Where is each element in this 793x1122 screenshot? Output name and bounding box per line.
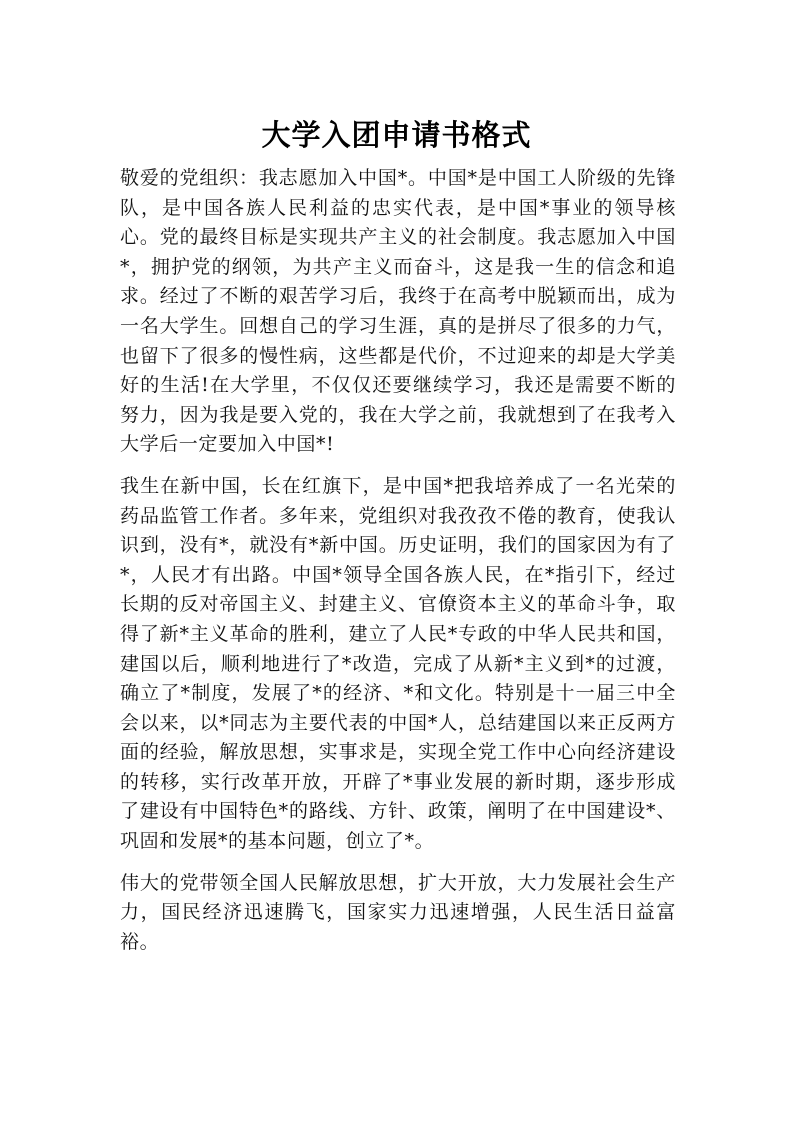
paragraph-1: 敬爱的党组织：我志愿加入中国*。中国*是中国工人阶级的先锋队，是中国各族人民利益… [120,164,676,460]
document-title: 大学入团申请书格式 [0,115,793,155]
paragraph-3: 伟大的党带领全国人民解放思想，扩大开放，大力发展社会生产力，国民经济迅速腾飞，国… [120,869,676,958]
document-body: 敬爱的党组织：我志愿加入中国*。中国*是中国工人阶级的先锋队，是中国各族人民利益… [120,164,676,969]
paragraph-2: 我生在新中国，长在红旗下，是中国*把我培养成了一名光荣的药品监管工作者。多年来，… [120,472,676,857]
document-page: 大学入团申请书格式 敬爱的党组织：我志愿加入中国*。中国*是中国工人阶级的先锋队… [0,0,793,1122]
